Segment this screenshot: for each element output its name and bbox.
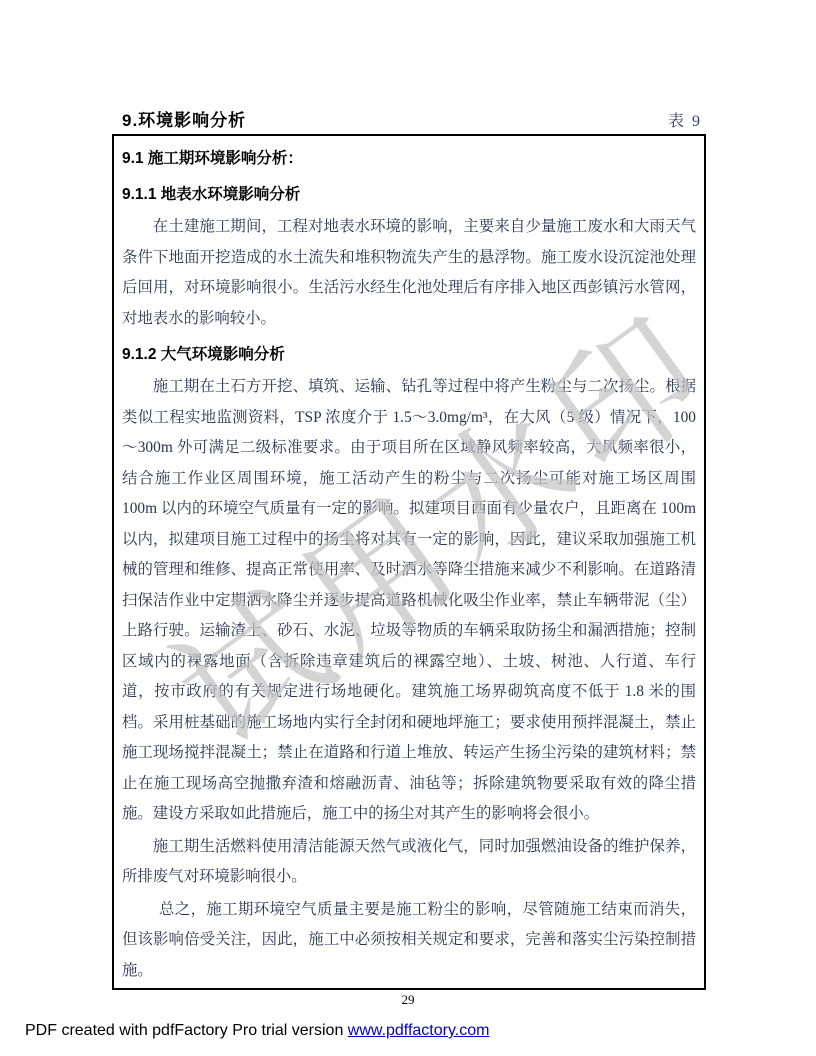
heading-9-1-2: 9.1.2 大气环境影响分析 [122,340,696,370]
heading-9-1: 9.1 施工期环境影响分析： [122,144,696,174]
section-title: 9.环境影响分析 [122,106,246,131]
paragraph-fuel: 施工期生活燃料使用清洁能源天然气或液化气，同时加强燃油设备的维护保养，所排废气对… [122,832,696,893]
heading-9-1-1: 9.1.1 地表水环境影响分析 [122,180,696,210]
paragraph-surface-water: 在土建施工期间，工程对地表水环境的影响，主要来自少量施工废水和大雨天气条件下地面… [122,212,696,334]
pdf-footer-text: PDF created with pdfFactory Pro trial ve… [25,1022,348,1039]
pdf-factory-footer: PDF created with pdfFactory Pro trial ve… [25,1022,489,1040]
paragraph-summary: 总之，施工期环境空气质量主要是施工粉尘的影响，尽管随施工结束而消失，但该影响倍受… [122,895,696,987]
paragraph-air-impact: 施工期在土石方开挖、填筑、运输、钻孔等过程中将产生粉尘与二次扬尘。根据类似工程实… [122,372,696,830]
content-table-box: 9.1 施工期环境影响分析： 9.1.1 地表水环境影响分析 在土建施工期间，工… [112,134,706,990]
document-header: 9.环境影响分析 表 9 [112,106,706,134]
document-page: 9.环境影响分析 表 9 9.1 施工期环境影响分析： 9.1.1 地表水环境影… [0,0,816,1056]
document-body: 9.环境影响分析 表 9 9.1 施工期环境影响分析： 9.1.1 地表水环境影… [112,106,706,990]
page-number: 29 [0,992,816,1008]
table-number-label: 表 9 [668,108,702,131]
pdffactory-link[interactable]: www.pdffactory.com [348,1022,490,1039]
